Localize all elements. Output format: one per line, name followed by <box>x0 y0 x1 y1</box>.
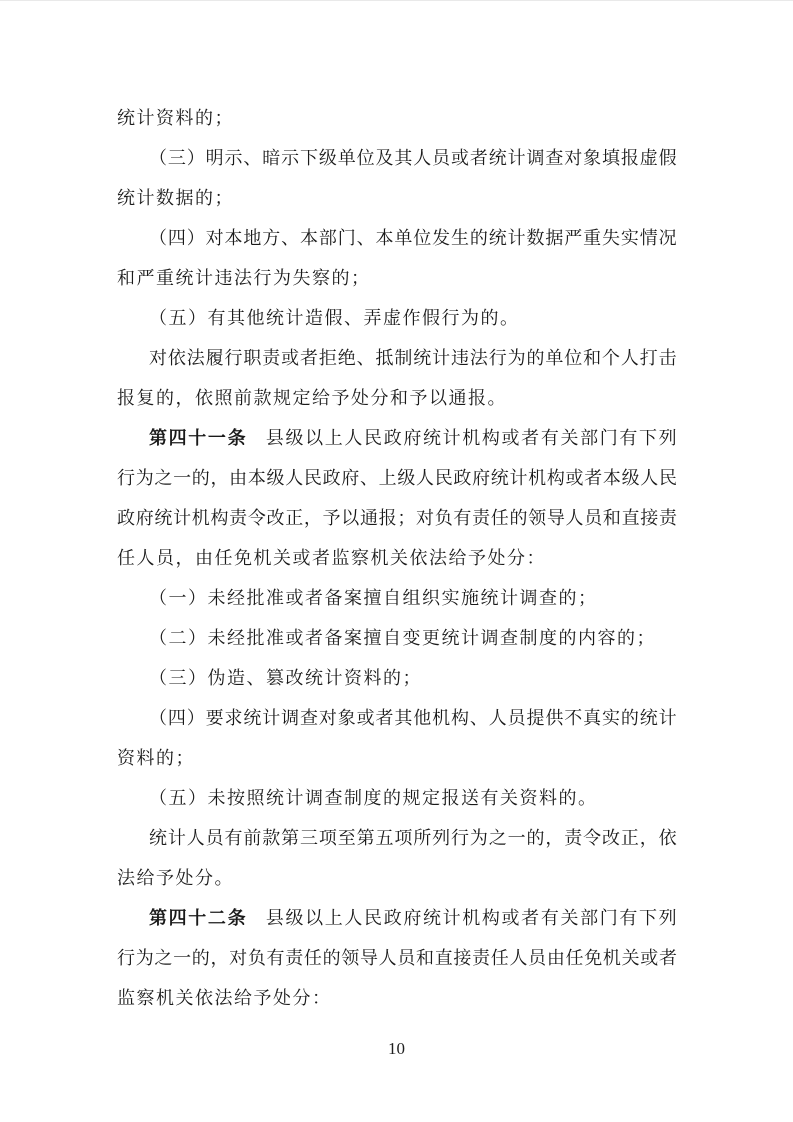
text-line: （三）伪造、篡改统计资料的； <box>117 658 677 698</box>
text-line: 政府统计机构责令改正，予以通报；对负有责任的领导人员和直接责 <box>117 498 677 538</box>
text-line: （四）对本地方、本部门、本单位发生的统计数据严重失实情况 <box>117 218 677 258</box>
text-line: 报复的，依照前款规定给予处分和予以通报。 <box>117 378 677 418</box>
text-line: 任人员，由任免机关或者监察机关依法给予处分： <box>117 538 677 578</box>
document-page: 统计资料的；（三）明示、暗示下级单位及其人员或者统计调查对象填报虚假统计数据的；… <box>0 0 793 1122</box>
text-line: 对依法履行职责或者拒绝、抵制统计违法行为的单位和个人打击 <box>117 338 677 378</box>
text-line: 和严重统计违法行为失察的； <box>117 258 677 298</box>
text-line: 行为之一的，由本级人民政府、上级人民政府统计机构或者本级人民 <box>117 458 677 498</box>
text-line: （五）未按照统计调查制度的规定报送有关资料的。 <box>117 778 677 818</box>
text-line: （四）要求统计调查对象或者其他机构、人员提供不真实的统计 <box>117 698 677 738</box>
text-line: 统计数据的； <box>117 178 677 218</box>
document-body: 统计资料的；（三）明示、暗示下级单位及其人员或者统计调查对象填报虚假统计数据的；… <box>117 98 677 1018</box>
text-line: 第四十二条县级以上人民政府统计机构或者有关部门有下列 <box>117 898 677 938</box>
text-line: 资料的； <box>117 738 677 778</box>
text-line: 第四十一条县级以上人民政府统计机构或者有关部门有下列 <box>117 418 677 458</box>
text-line: （一）未经批准或者备案擅自组织实施统计调查的； <box>117 578 677 618</box>
text-line: 行为之一的，对负有责任的领导人员和直接责任人员由任免机关或者 <box>117 938 677 978</box>
text-line: 统计资料的； <box>117 98 677 138</box>
text-line: 统计人员有前款第三项至第五项所列行为之一的，责令改正，依 <box>117 818 677 858</box>
text-line: （二）未经批准或者备案擅自变更统计调查制度的内容的； <box>117 618 677 658</box>
text-line: （五）有其他统计造假、弄虚作假行为的。 <box>117 298 677 338</box>
text-line: （三）明示、暗示下级单位及其人员或者统计调查对象填报虚假 <box>117 138 677 178</box>
page-number: 10 <box>388 1039 405 1058</box>
text-line: 监察机关依法给予处分： <box>117 978 677 1018</box>
page-footer: 10 <box>0 1037 793 1061</box>
text-line: 法给予处分。 <box>117 858 677 898</box>
